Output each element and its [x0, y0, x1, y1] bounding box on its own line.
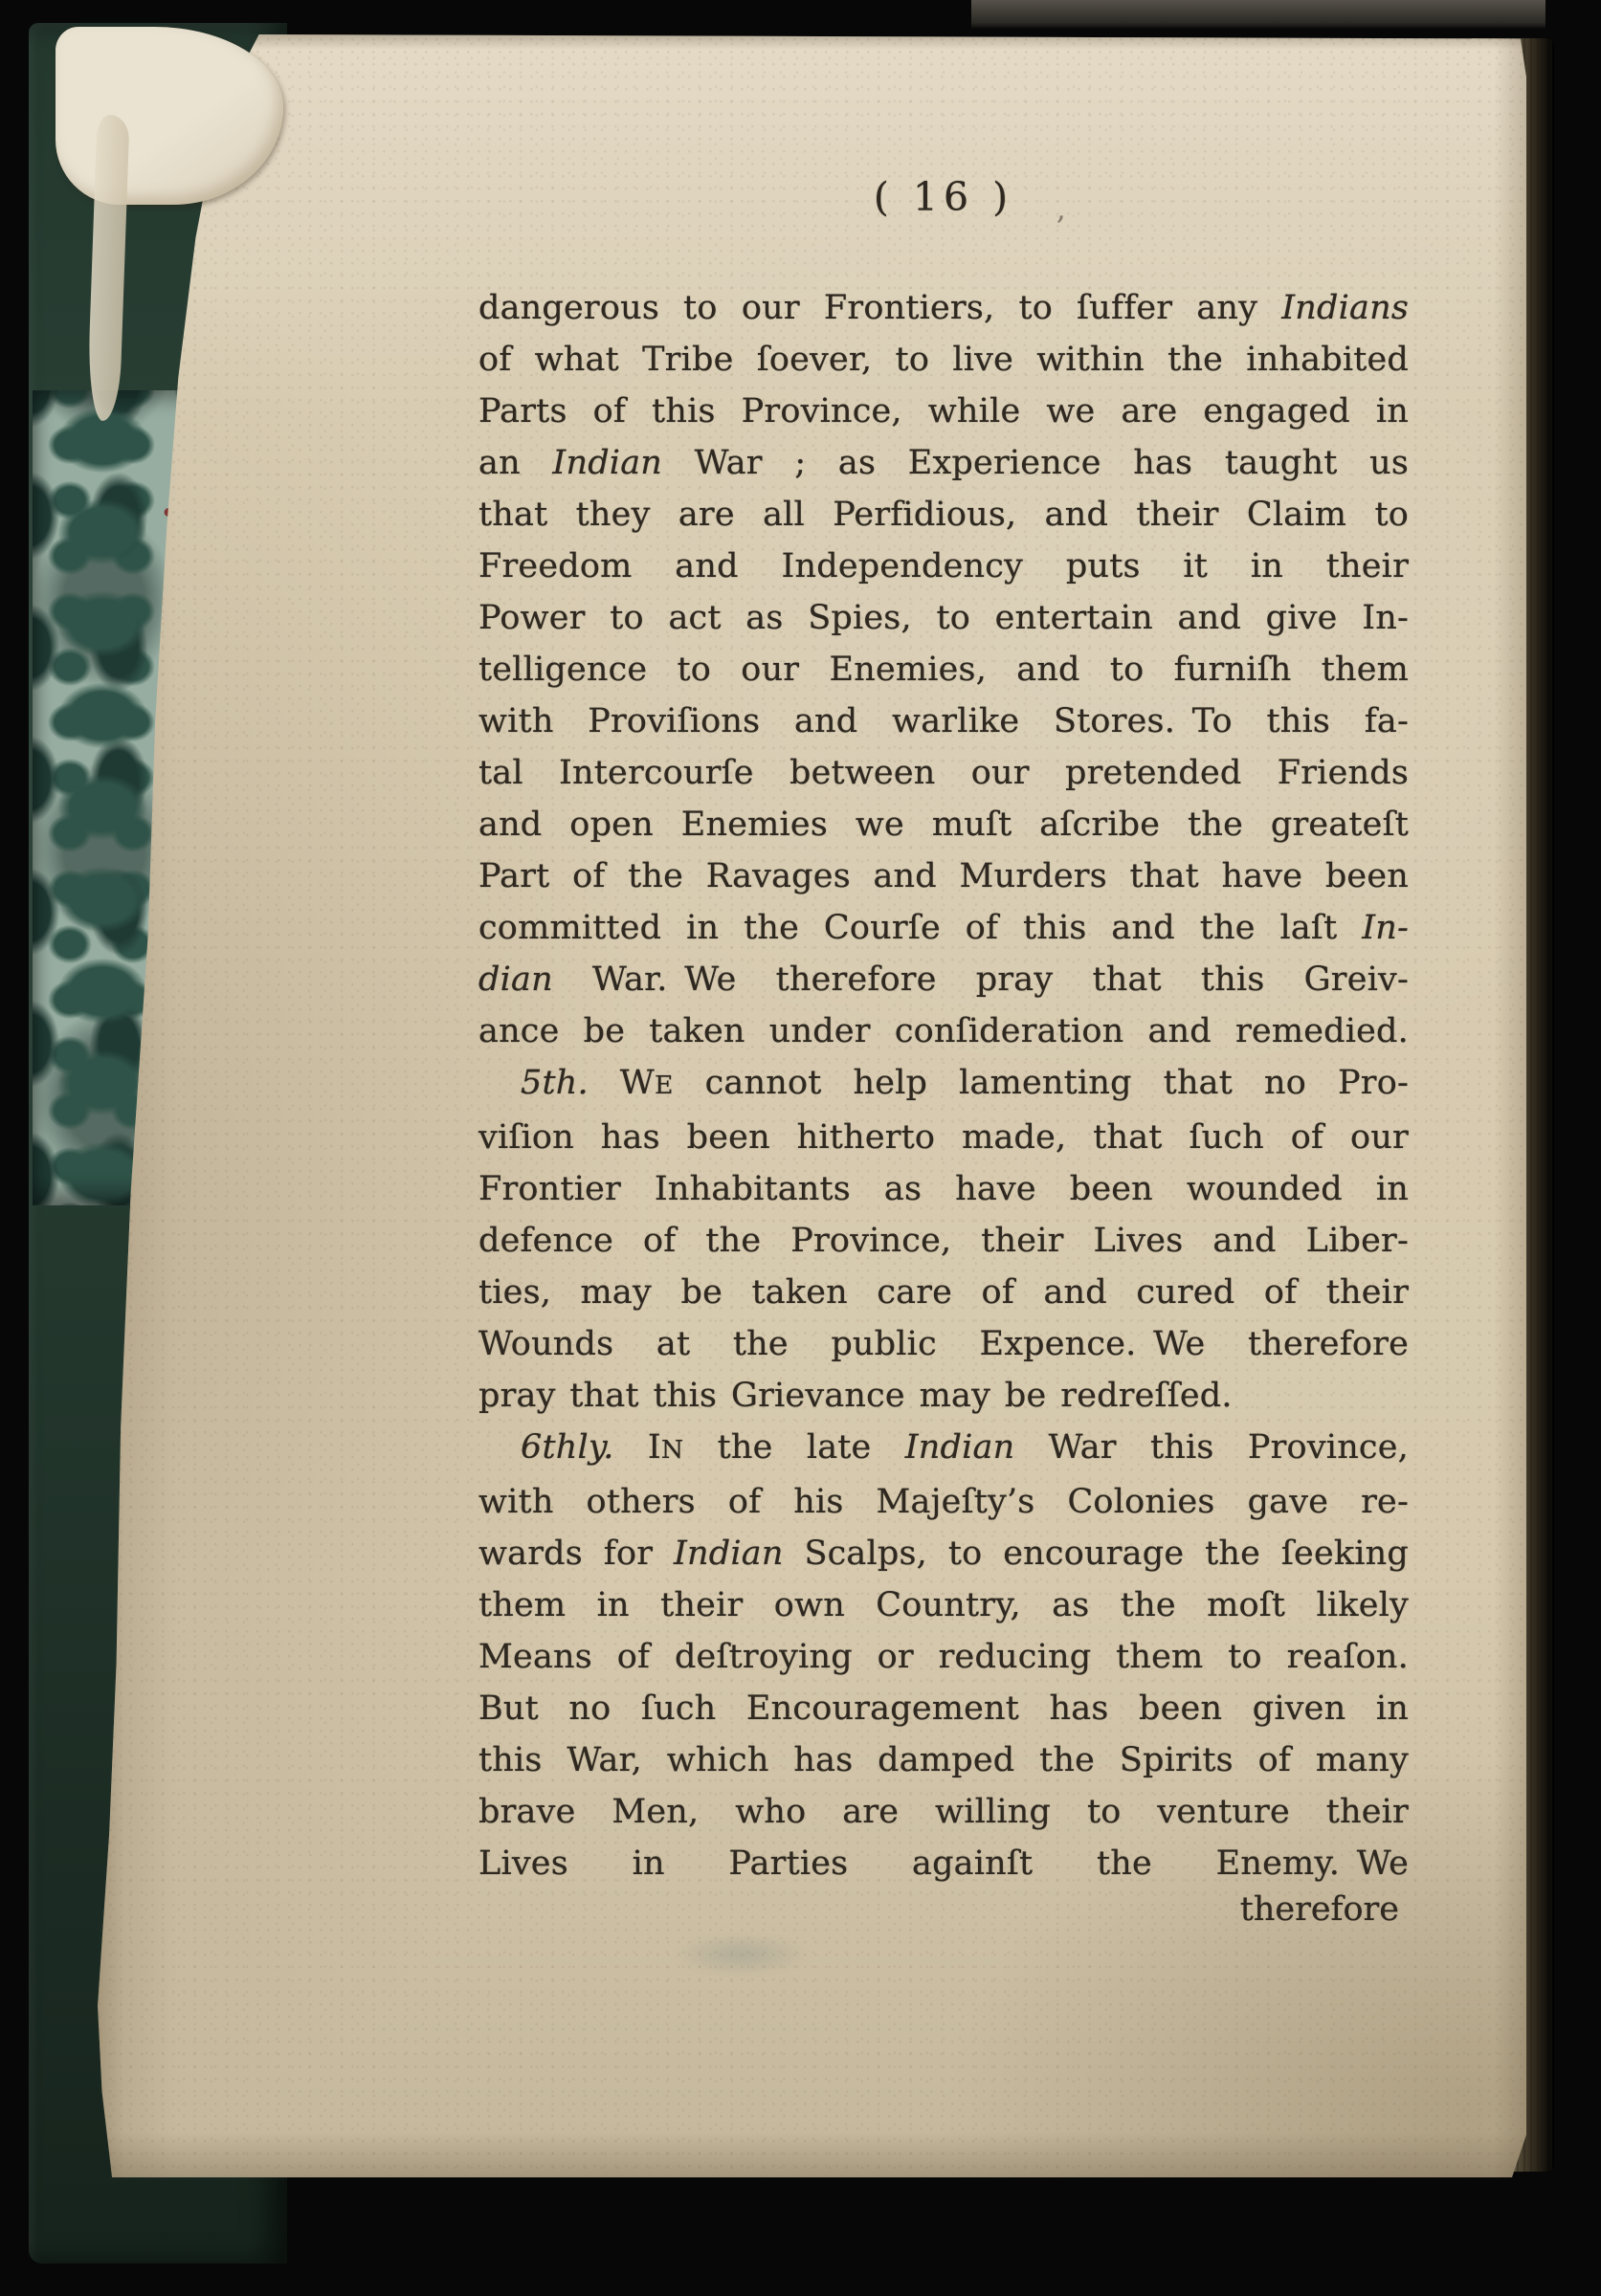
body-text: Parts of this Province, while we are eng… [478, 392, 1409, 430]
text-line: Power to act as Spies, to entertain and … [478, 592, 1409, 644]
text-line: them in their own Country, as the moſt l… [478, 1579, 1409, 1631]
text-line: defence of the Province, their Lives and… [478, 1215, 1409, 1267]
text-line: dian War. We therefore pray that this Gr… [478, 954, 1409, 1005]
text-line: of what Tribe ſoever, to live within the… [478, 334, 1409, 386]
text-line: pray that this Grievance may be redreſſe… [478, 1370, 1409, 1422]
body-text: tal Intercourſe between our pretended Fr… [478, 754, 1409, 792]
body-text: Power to act as Spies, to entertain and … [478, 599, 1409, 637]
text-line: and open Enemies we muſt aſcribe the gre… [478, 799, 1409, 850]
text-line: that they are all Perfidious, and their … [478, 489, 1409, 541]
text-line: ance be taken under conſideration and re… [478, 1005, 1409, 1057]
body-text: and open Enemies we muſt aſcribe the gre… [478, 806, 1409, 844]
body-text: Means of deſtroying or reducing them to … [478, 1638, 1409, 1676]
text-line: But no ſuch Encouragement has been given… [478, 1683, 1409, 1734]
page-text: dangerous to our Frontiers, to ſuffer an… [478, 282, 1409, 1889]
body-text: the late [683, 1428, 904, 1467]
text-line: with Proviſions and warlike Stores. To t… [478, 695, 1409, 747]
text-line: Freedom and Independency puts it in thei… [478, 541, 1409, 592]
body-text: with others of his Majeſty’s Colonies ga… [478, 1483, 1409, 1521]
text-line: committed in the Courſe of this and the … [478, 902, 1409, 954]
body-text: War this Province, [1014, 1428, 1409, 1467]
text-line: dangerous to our Frontiers, to ſuffer an… [478, 282, 1409, 334]
text-line: 6thly. IN the late Indian War this Provi… [478, 1422, 1409, 1476]
italic-text: 5th. [521, 1064, 589, 1102]
body-text: brave Men, who are willing to venture th… [478, 1793, 1409, 1831]
body-text: Part of the Ravages and Murders that hav… [478, 857, 1409, 895]
body-text: Frontier Inhabitants as have been wounde… [478, 1170, 1409, 1208]
body-text: an [478, 444, 552, 482]
body-text: committed in the Courſe of this and the … [478, 909, 1362, 947]
italic-text: Indians [1281, 289, 1409, 327]
text-line: wards for Indian Scalps, to encourage th… [478, 1528, 1409, 1579]
body-text: viſion has been hitherto made, that ſuch… [478, 1118, 1409, 1157]
body-text: them in their own Country, as the moſt l… [478, 1586, 1409, 1624]
text-line: this War, which has damped the Spirits o… [478, 1734, 1409, 1786]
text-line: viſion has been hitherto made, that ſuch… [478, 1112, 1409, 1163]
text-line: Lives in Parties againſt the Enemy. We [478, 1838, 1409, 1889]
body-text: that they are all Perfidious, and their … [478, 496, 1409, 534]
body-text: defence of the Province, their Lives and… [478, 1222, 1409, 1260]
italic-text: In- [1362, 909, 1409, 947]
body-text: cannot help lamenting that no Pro- [674, 1064, 1409, 1102]
text-line: Wounds at the public Expence. We therefo… [478, 1318, 1409, 1370]
text-line: ties, may be taken care of and cured of … [478, 1267, 1409, 1318]
text-line: Parts of this Province, while we are eng… [478, 386, 1409, 437]
text-line: with others of his Majeſty’s Colonies ga… [478, 1476, 1409, 1528]
text-line: 5th. WE cannot help lamenting that no Pr… [478, 1057, 1409, 1112]
body-text: Scalps, to encourage the ſeeking [784, 1534, 1409, 1573]
body-text: dangerous to our Frontiers, to ſuffer an… [478, 289, 1281, 327]
body-text: Freedom and Independency puts it in thei… [478, 547, 1409, 585]
body-text: telligence to our Enemies, and to furniſ… [478, 651, 1409, 689]
body-text: W [589, 1064, 655, 1102]
body-text: of what Tribe ſoever, to live within the… [478, 341, 1409, 379]
body-text: wards for [478, 1534, 674, 1573]
text-line: brave Men, who are willing to venture th… [478, 1786, 1409, 1838]
italic-text: 6thly. [521, 1428, 614, 1467]
catchword: therefore [1240, 1890, 1399, 1929]
page-number: ( 16 ) [874, 174, 1013, 220]
body-text: E [655, 1071, 674, 1100]
body-text: ance be taken under conſideration and re… [478, 1012, 1409, 1050]
body-text: Lives in Parties againſt the Enemy. We [478, 1844, 1409, 1883]
table-glint [971, 0, 1545, 29]
text-line: tal Intercourſe between our pretended Fr… [478, 747, 1409, 799]
body-text: N [661, 1435, 683, 1465]
text-line: Means of deſtroying or reducing them to … [478, 1631, 1409, 1683]
body-text: this War, which has damped the Spirits o… [478, 1741, 1409, 1779]
stray-ink-mark: , [1056, 193, 1066, 227]
text-line: an Indian War ; as Experience has taught… [478, 437, 1409, 489]
body-text: War ; as Experience has taught us [662, 444, 1409, 482]
book-page: ( 16 ) , dangerous to our Frontiers, to … [86, 34, 1526, 2177]
italic-text: Indian [674, 1534, 784, 1573]
text-line: telligence to our Enemies, and to furniſ… [478, 644, 1409, 695]
body-text: I [614, 1428, 661, 1467]
text-line: Frontier Inhabitants as have been wounde… [478, 1163, 1409, 1215]
body-text: War. We therefore pray that this Greiv- [553, 960, 1409, 999]
page-header: ( 16 ) , [478, 174, 1409, 220]
body-text: pray that this Grievance may be redreſſe… [478, 1377, 1233, 1415]
italic-text: dian [478, 960, 553, 999]
body-text: Wounds at the public Expence. We therefo… [478, 1325, 1409, 1363]
catchword-row: therefore [478, 1884, 1409, 1935]
body-text: with Proviſions and warlike Stores. To t… [478, 702, 1409, 740]
scanned-book-photo: ( 16 ) , dangerous to our Frontiers, to … [0, 0, 1601, 2296]
italic-text: Indian [905, 1428, 1015, 1467]
body-text: But no ſuch Encouragement has been given… [478, 1689, 1409, 1728]
italic-text: Indian [552, 444, 662, 482]
text-line: Part of the Ravages and Murders that hav… [478, 850, 1409, 902]
body-text: ties, may be taken care of and cured of … [478, 1273, 1409, 1312]
